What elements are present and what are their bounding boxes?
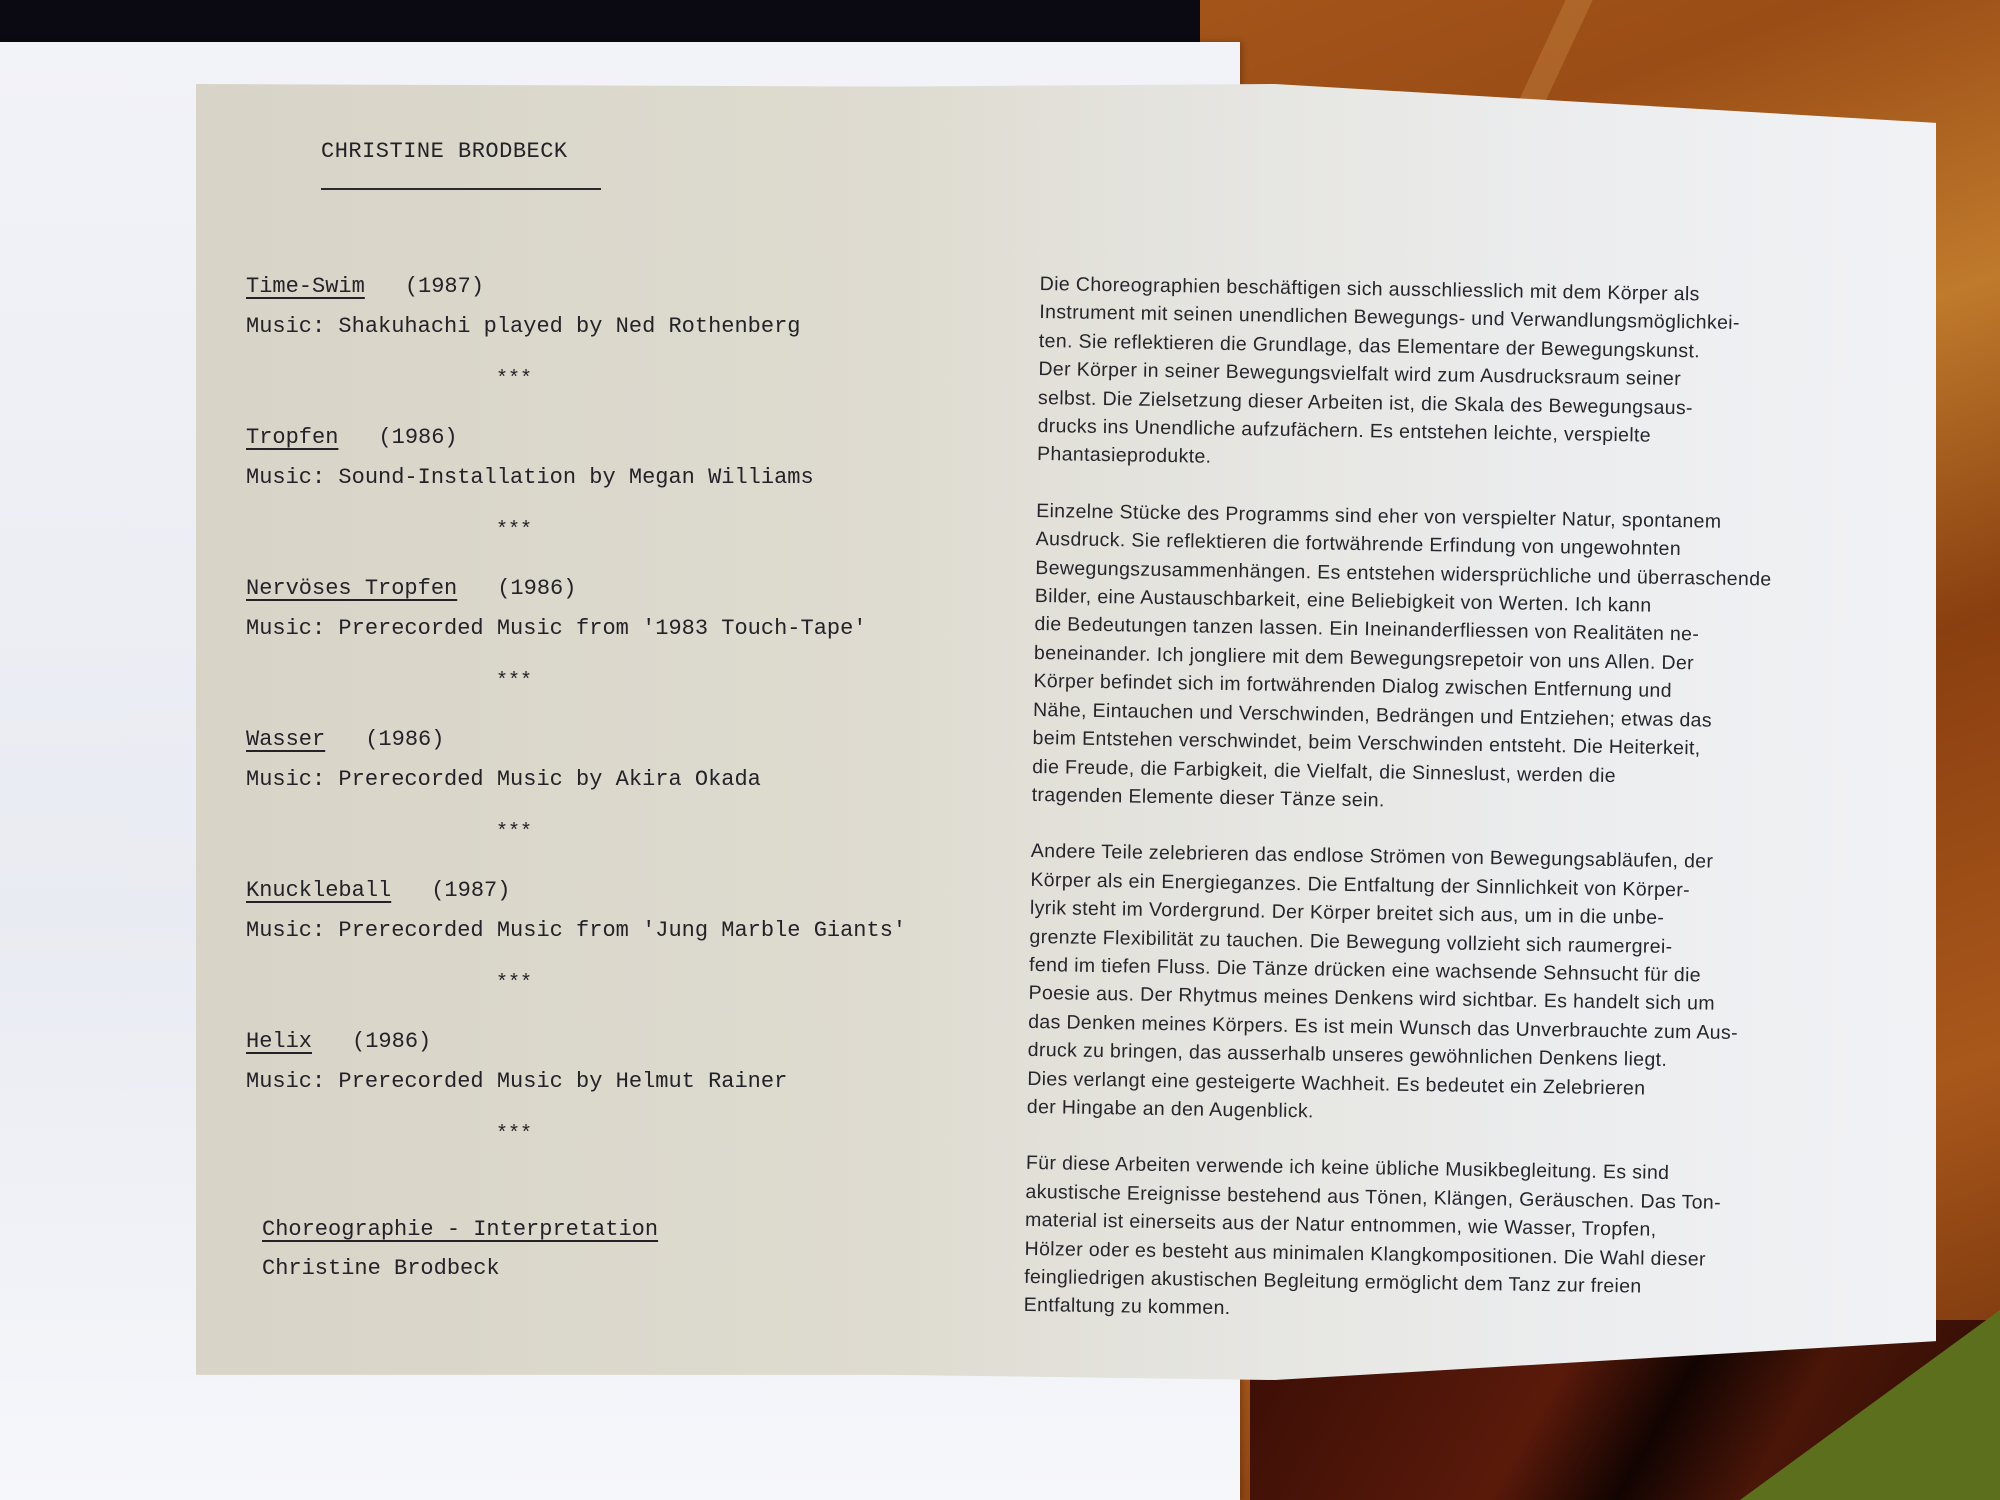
credits-heading: Choreographie - Interpretation [262, 1217, 658, 1242]
work-entry: Nervöses Tropfen(1986) Music: Prerecorde… [246, 576, 1046, 727]
work-title: Knuckleball [246, 878, 391, 903]
work-year: (1986) [365, 727, 444, 752]
credits-name: Christine Brodbeck [262, 1256, 658, 1281]
work-music: Music: Prerecorded Music from 'Jung Marb… [246, 918, 1046, 943]
work-title: Nervöses Tropfen [246, 576, 457, 601]
work-entry: Helix(1986) Music: Prerecorded Music by … [246, 1029, 1046, 1180]
work-entry: Time-Swim(1987) Music: Shakuhachi played… [246, 274, 1046, 425]
paragraph: Für diese Arbeiten verwende ich keine üb… [1024, 1149, 1907, 1333]
work-year: (1986) [352, 1029, 431, 1054]
work-title: Time-Swim [246, 274, 365, 299]
work-year: (1986) [497, 576, 576, 601]
separator-stars: *** [496, 670, 532, 693]
work-year: (1987) [431, 878, 510, 903]
work-title: Tropfen [246, 425, 338, 450]
dark-top-edge [0, 0, 1200, 45]
separator-stars: *** [496, 519, 532, 542]
right-page: Die Choreographien beschäftigen sich aus… [1023, 270, 1920, 1362]
separator-stars: *** [496, 972, 532, 995]
heading-underline [321, 188, 601, 190]
separator-stars: *** [496, 368, 532, 391]
paragraph: Die Choreographien beschäftigen sich aus… [1037, 270, 1920, 483]
work-music: Music: Prerecorded Music by Helmut Raine… [246, 1069, 1046, 1094]
separator-stars: *** [496, 1123, 532, 1146]
separator-stars: *** [496, 821, 532, 844]
work-entry: Knuckleball(1987) Music: Prerecorded Mus… [246, 878, 1046, 1029]
work-music: Music: Prerecorded Music from '1983 Touc… [246, 616, 1046, 641]
credits: Choreographie - Interpretation Christine… [262, 1217, 658, 1281]
work-music: Music: Prerecorded Music by Akira Okada [246, 767, 1046, 792]
work-year: (1987) [405, 274, 484, 299]
work-entry: Wasser(1986) Music: Prerecorded Music by… [246, 727, 1046, 878]
work-entry: Tropfen(1986) Music: Sound-Installation … [246, 425, 1046, 576]
performer-name-heading: CHRISTINE BRODBECK [321, 139, 568, 164]
work-music: Music: Shakuhachi played by Ned Rothenbe… [246, 314, 1046, 339]
left-page: CHRISTINE BRODBECK Time-Swim(1987) Music… [196, 84, 1056, 1374]
works-list: Time-Swim(1987) Music: Shakuhachi played… [246, 274, 1046, 1180]
work-year: (1986) [378, 425, 457, 450]
paragraph: Andere Teile zelebrieren das endlose Str… [1027, 837, 1911, 1135]
paragraph: Einzelne Stücke des Programms sind eher … [1032, 497, 1917, 823]
work-title: Wasser [246, 727, 325, 752]
work-title: Helix [246, 1029, 312, 1054]
work-music: Music: Sound-Installation by Megan Willi… [246, 465, 1046, 490]
